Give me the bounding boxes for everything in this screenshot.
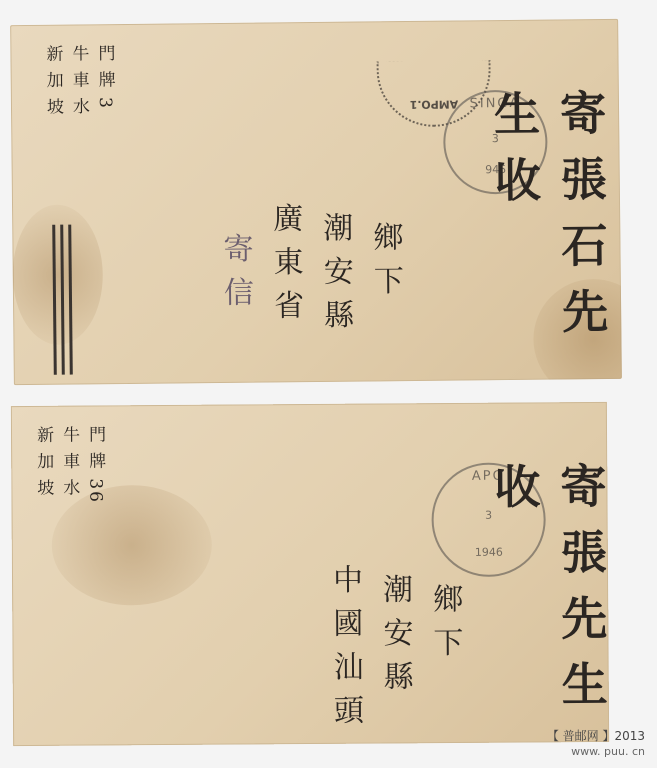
calligraphy-small-col: 新 加 坡 (31, 426, 57, 498)
watermark: 【 普邮网 】2013 www. puu. cn (547, 728, 645, 760)
calligraphy-main-right: 寄 張 先 生 收 (481, 462, 609, 743)
calligraphy-col: 潮 安 縣 (372, 573, 417, 692)
calligraphy-small-col: 牛 車 水 (57, 426, 83, 498)
calligraphy-col: 中 國 汕 頭 (322, 564, 367, 727)
purple-notation: 寄 信 (212, 233, 257, 309)
calligraphy-col: 鄉 下 (362, 221, 407, 297)
stain (12, 204, 103, 345)
envelope-back-bottom: APO 3 1946 寄 張 先 生 收 中 國 汕 頭 潮 安 縣 鄉 下 新… (11, 402, 609, 746)
calligraphy-small-col: 牛 車 水 (66, 44, 92, 116)
calligraphy-col: 鄉 下 (422, 583, 467, 659)
calligraphy-small-col: 門 牌 3 (92, 44, 118, 110)
calligraphy-small-col: 新 加 坡 (40, 45, 66, 117)
calligraphy-main-right: 寄 張 石 先 生 收 (481, 89, 616, 380)
envelope-front-top: AMPO.1 SINGA 3 945 寄 張 石 先 生 收 廣 東 省 潮 安… (10, 19, 622, 385)
calligraphy-col: 廣 東 省 (262, 202, 307, 322)
calligraphy-col: 潮 安 縣 (312, 212, 357, 332)
stain (51, 485, 212, 606)
calligraphy-small-col: 門 牌 36 (83, 425, 109, 504)
